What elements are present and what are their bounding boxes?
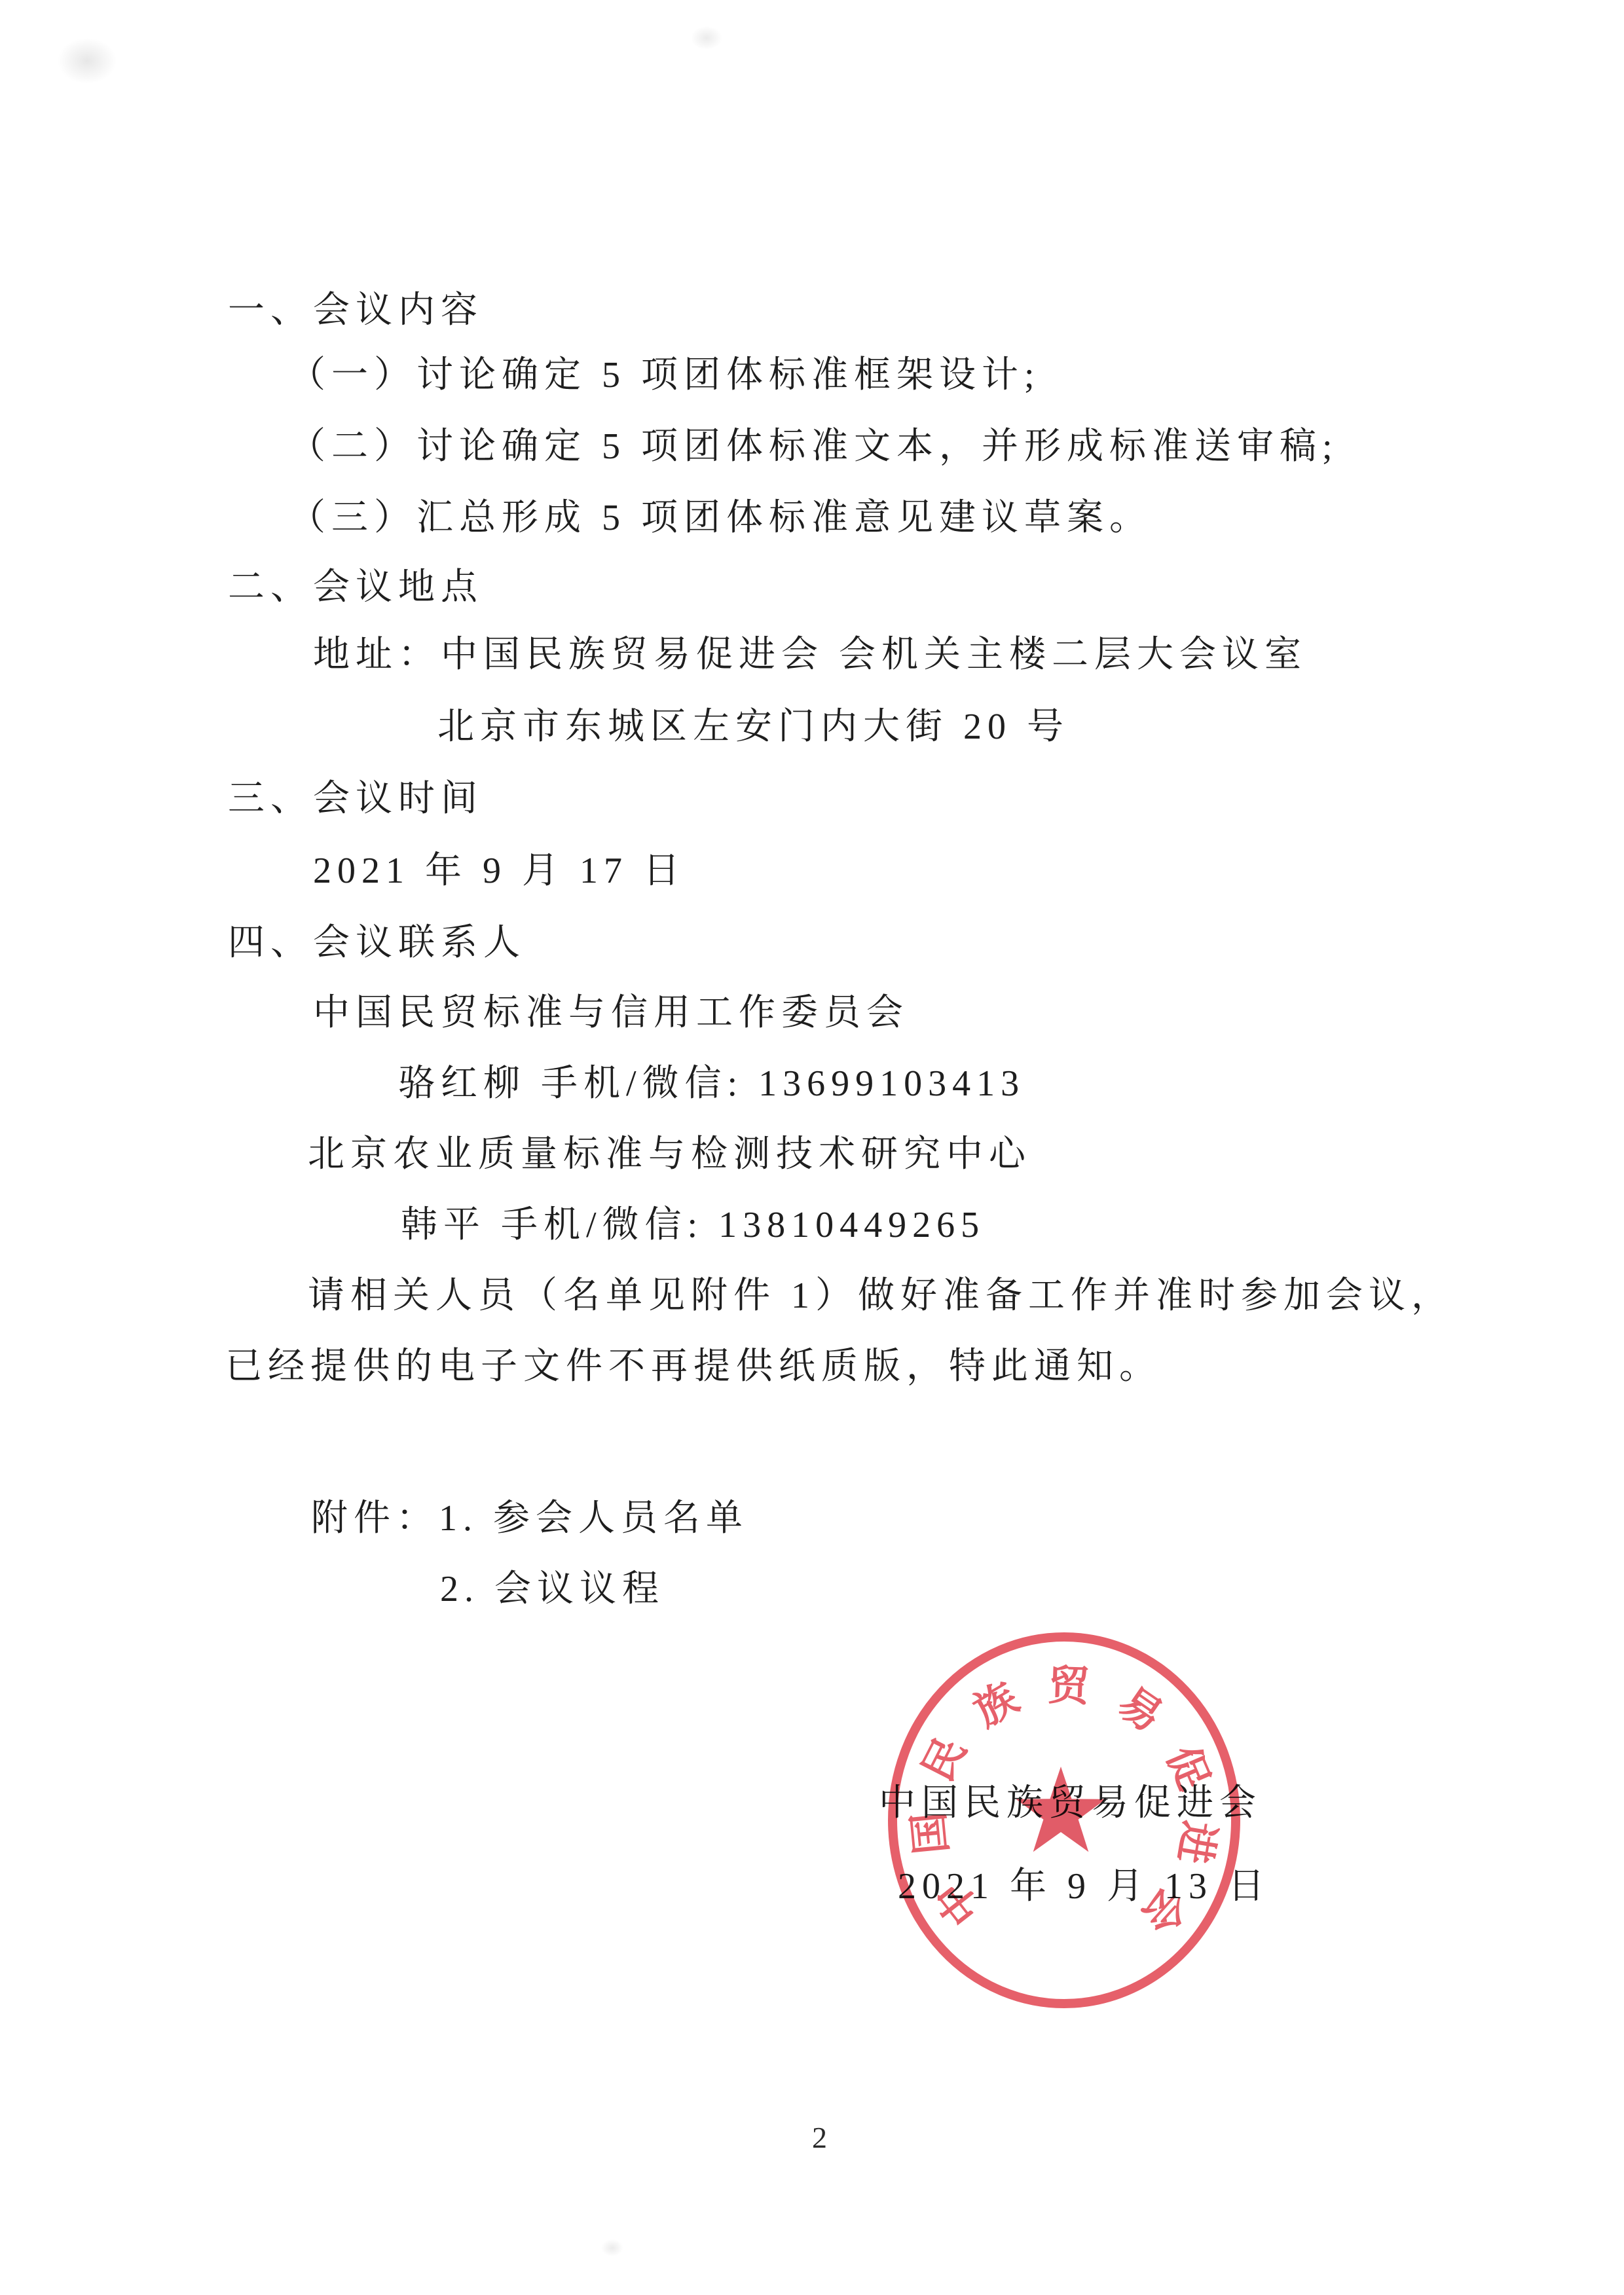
section3-heading: 三、会议时间	[228, 778, 483, 820]
contact-org-1: 中国民贸标准与信用工作委员会	[313, 992, 909, 1034]
seal-arc-char: 促	[1158, 1740, 1217, 1797]
section1-item-1: （一）讨论确定 5 项团体标准框架设计;	[289, 354, 1041, 396]
contact-person-1: 骆红柳 手机/微信: 13699103413	[398, 1063, 1025, 1105]
scan-smudge	[58, 38, 117, 84]
address-line-2: 北京市东城区左安门内大街 20 号	[437, 706, 1069, 748]
seal-star	[1016, 1767, 1106, 1852]
section1-item-3: （三）汇总形成 5 项团体标准意见建议草案。	[289, 497, 1152, 539]
section1-item-2: （二）讨论确定 5 项团体标准文本，并形成标准送审稿;	[289, 426, 1338, 468]
seal-arc-char: 国	[906, 1810, 956, 1856]
closing-line-2: 已经提供的电子文件不再提供纸质版，特此通知。	[225, 1346, 1162, 1387]
seal-arc-char: 中	[927, 1872, 989, 1934]
seal-arc-char: 进	[1170, 1818, 1223, 1867]
page-number: 2	[812, 2120, 827, 2155]
attachment-line-2: 2. 会议议程	[440, 1568, 665, 1610]
official-seal-stamp: 中 国 民 族 贸 易 促 进 会	[871, 1623, 1264, 2015]
scan-smudge	[601, 2239, 623, 2256]
section1-heading: 一、会议内容	[228, 289, 483, 331]
contact-org-2: 北京农业质量标准与检测技术研究中心	[308, 1133, 1031, 1175]
contact-person-2: 韩平 手机/微信: 13810449265	[401, 1204, 985, 1246]
seal-arc-char: 族	[966, 1674, 1025, 1736]
address-line-1: 地址：中国民族贸易促进会 会机关主楼二层大会议室	[313, 634, 1307, 676]
section4-heading: 四、会议联系人	[228, 922, 526, 964]
closing-line-1: 请相关人员（名单见附件 1）做好准备工作并准时参加会议，	[308, 1275, 1454, 1317]
seal-arc-char: 易	[1110, 1679, 1171, 1741]
seal-arc-char: 民	[914, 1730, 974, 1788]
scanned-notice-page: 一、会议内容 （一）讨论确定 5 项团体标准框架设计; （二）讨论确定 5 项团…	[0, 0, 1624, 2295]
seal-arc-char: 贸	[1047, 1662, 1092, 1710]
scan-smudge	[691, 26, 722, 50]
section2-heading: 二、会议地点	[228, 566, 483, 608]
meeting-date: 2021 年 9 月 17 日	[313, 850, 686, 892]
seal-arc-char: 会	[1133, 1879, 1196, 1941]
attachment-line-1: 附件：1. 参会人员名单	[311, 1497, 748, 1539]
